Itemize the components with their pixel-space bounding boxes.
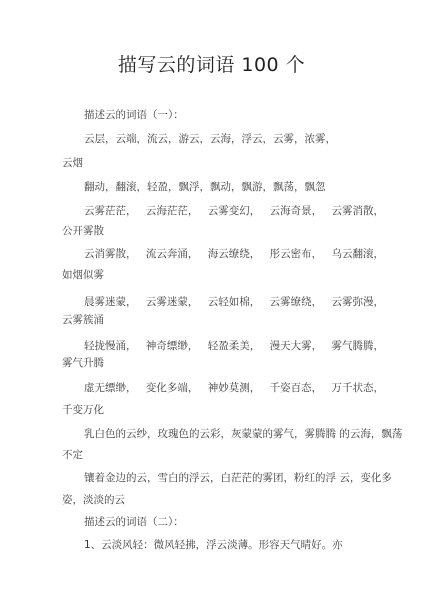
- word: 彤云密布，: [270, 246, 323, 261]
- word: 云雾弥漫，: [332, 294, 385, 309]
- word: 万千状态，: [332, 380, 385, 395]
- word: 雾气腾腾，: [332, 338, 385, 353]
- paragraph-line: 如烟似雾: [62, 267, 104, 282]
- word-row: 虚无缥缈， 变化多端， 神妙莫测， 千姿百态， 万千状态，: [84, 380, 384, 395]
- paragraph-line: 不定: [62, 447, 83, 462]
- word: 虚无缥缈，: [84, 380, 137, 395]
- word: 海云缭绕，: [208, 246, 261, 261]
- word: 云雾迷蒙，: [146, 294, 199, 309]
- word: 千姿百态，: [270, 380, 323, 395]
- word: 轻拢慢涌，: [84, 338, 137, 353]
- page-title: 描写云的词语 100 个: [0, 50, 423, 77]
- paragraph-line: 翻动，翻滚，轻盈，飘浮，飘动，飘游，飘荡，飘忽: [84, 179, 326, 194]
- section-heading-2: 描述云的词语（二）：: [84, 514, 184, 529]
- paragraph-line: 云烟: [62, 155, 83, 170]
- paragraph-line: 镶着金边的云，雪白的浮云，白茫茫的雾团，粉红的浮 云，变化多: [84, 470, 392, 485]
- paragraph-line: 云雾簇涌: [62, 312, 104, 327]
- word: 轻盈柔美，: [208, 338, 261, 353]
- word: 变化多端，: [146, 380, 199, 395]
- word: 神奇缥缈，: [146, 338, 199, 353]
- word: 云轻如棉，: [208, 294, 261, 309]
- word: 云雾缭绕，: [270, 294, 323, 309]
- word: 神妙莫测，: [208, 380, 261, 395]
- word: 云海奇景，: [270, 203, 323, 218]
- paragraph-line: 公开雾散: [62, 223, 104, 238]
- word-row: 晨雾迷蒙， 云雾迷蒙， 云轻如棉， 云雾缭绕， 云雾弥漫，: [84, 294, 384, 309]
- paragraph-line: 姿，淡淡的云: [62, 492, 125, 507]
- word-row: 云消雾散， 流云奔涌， 海云缭绕， 彤云密布， 乌云翻滚，: [84, 246, 384, 261]
- paragraph-line: 云层，云端，流云，游云，云海，浮云，云雾，浓雾，: [84, 131, 336, 146]
- paragraph-line: 乳白色的云纱，玫瑰色的云彩，灰蒙蒙的雾气，雾腾腾 的云海，飘荡: [84, 426, 402, 441]
- word: 云雾消散，: [332, 203, 385, 218]
- word: 云消雾散，: [84, 246, 137, 261]
- word: 漫天大雾，: [270, 338, 323, 353]
- word: 云海茫茫，: [146, 203, 199, 218]
- word-row: 云雾茫茫， 云海茫茫， 云雾变幻， 云海奇景， 云雾消散，: [84, 203, 384, 218]
- word: 晨雾迷蒙，: [84, 294, 137, 309]
- word: 云雾变幻，: [208, 203, 261, 218]
- word: 流云奔涌，: [146, 246, 199, 261]
- word: 云雾茫茫，: [84, 203, 137, 218]
- word-row: 轻拢慢涌， 神奇缥缈， 轻盈柔美， 漫天大雾， 雾气腾腾，: [84, 338, 384, 353]
- paragraph-line: 雾气升腾: [62, 355, 104, 370]
- word: 乌云翻滚，: [332, 246, 385, 261]
- paragraph-line: 1、云淡风轻：微风轻拂，浮云淡薄。形容天气晴好。亦: [84, 537, 343, 552]
- section-heading-1: 描述云的词语（一）：: [84, 107, 184, 122]
- paragraph-line: 千变万化: [62, 402, 104, 417]
